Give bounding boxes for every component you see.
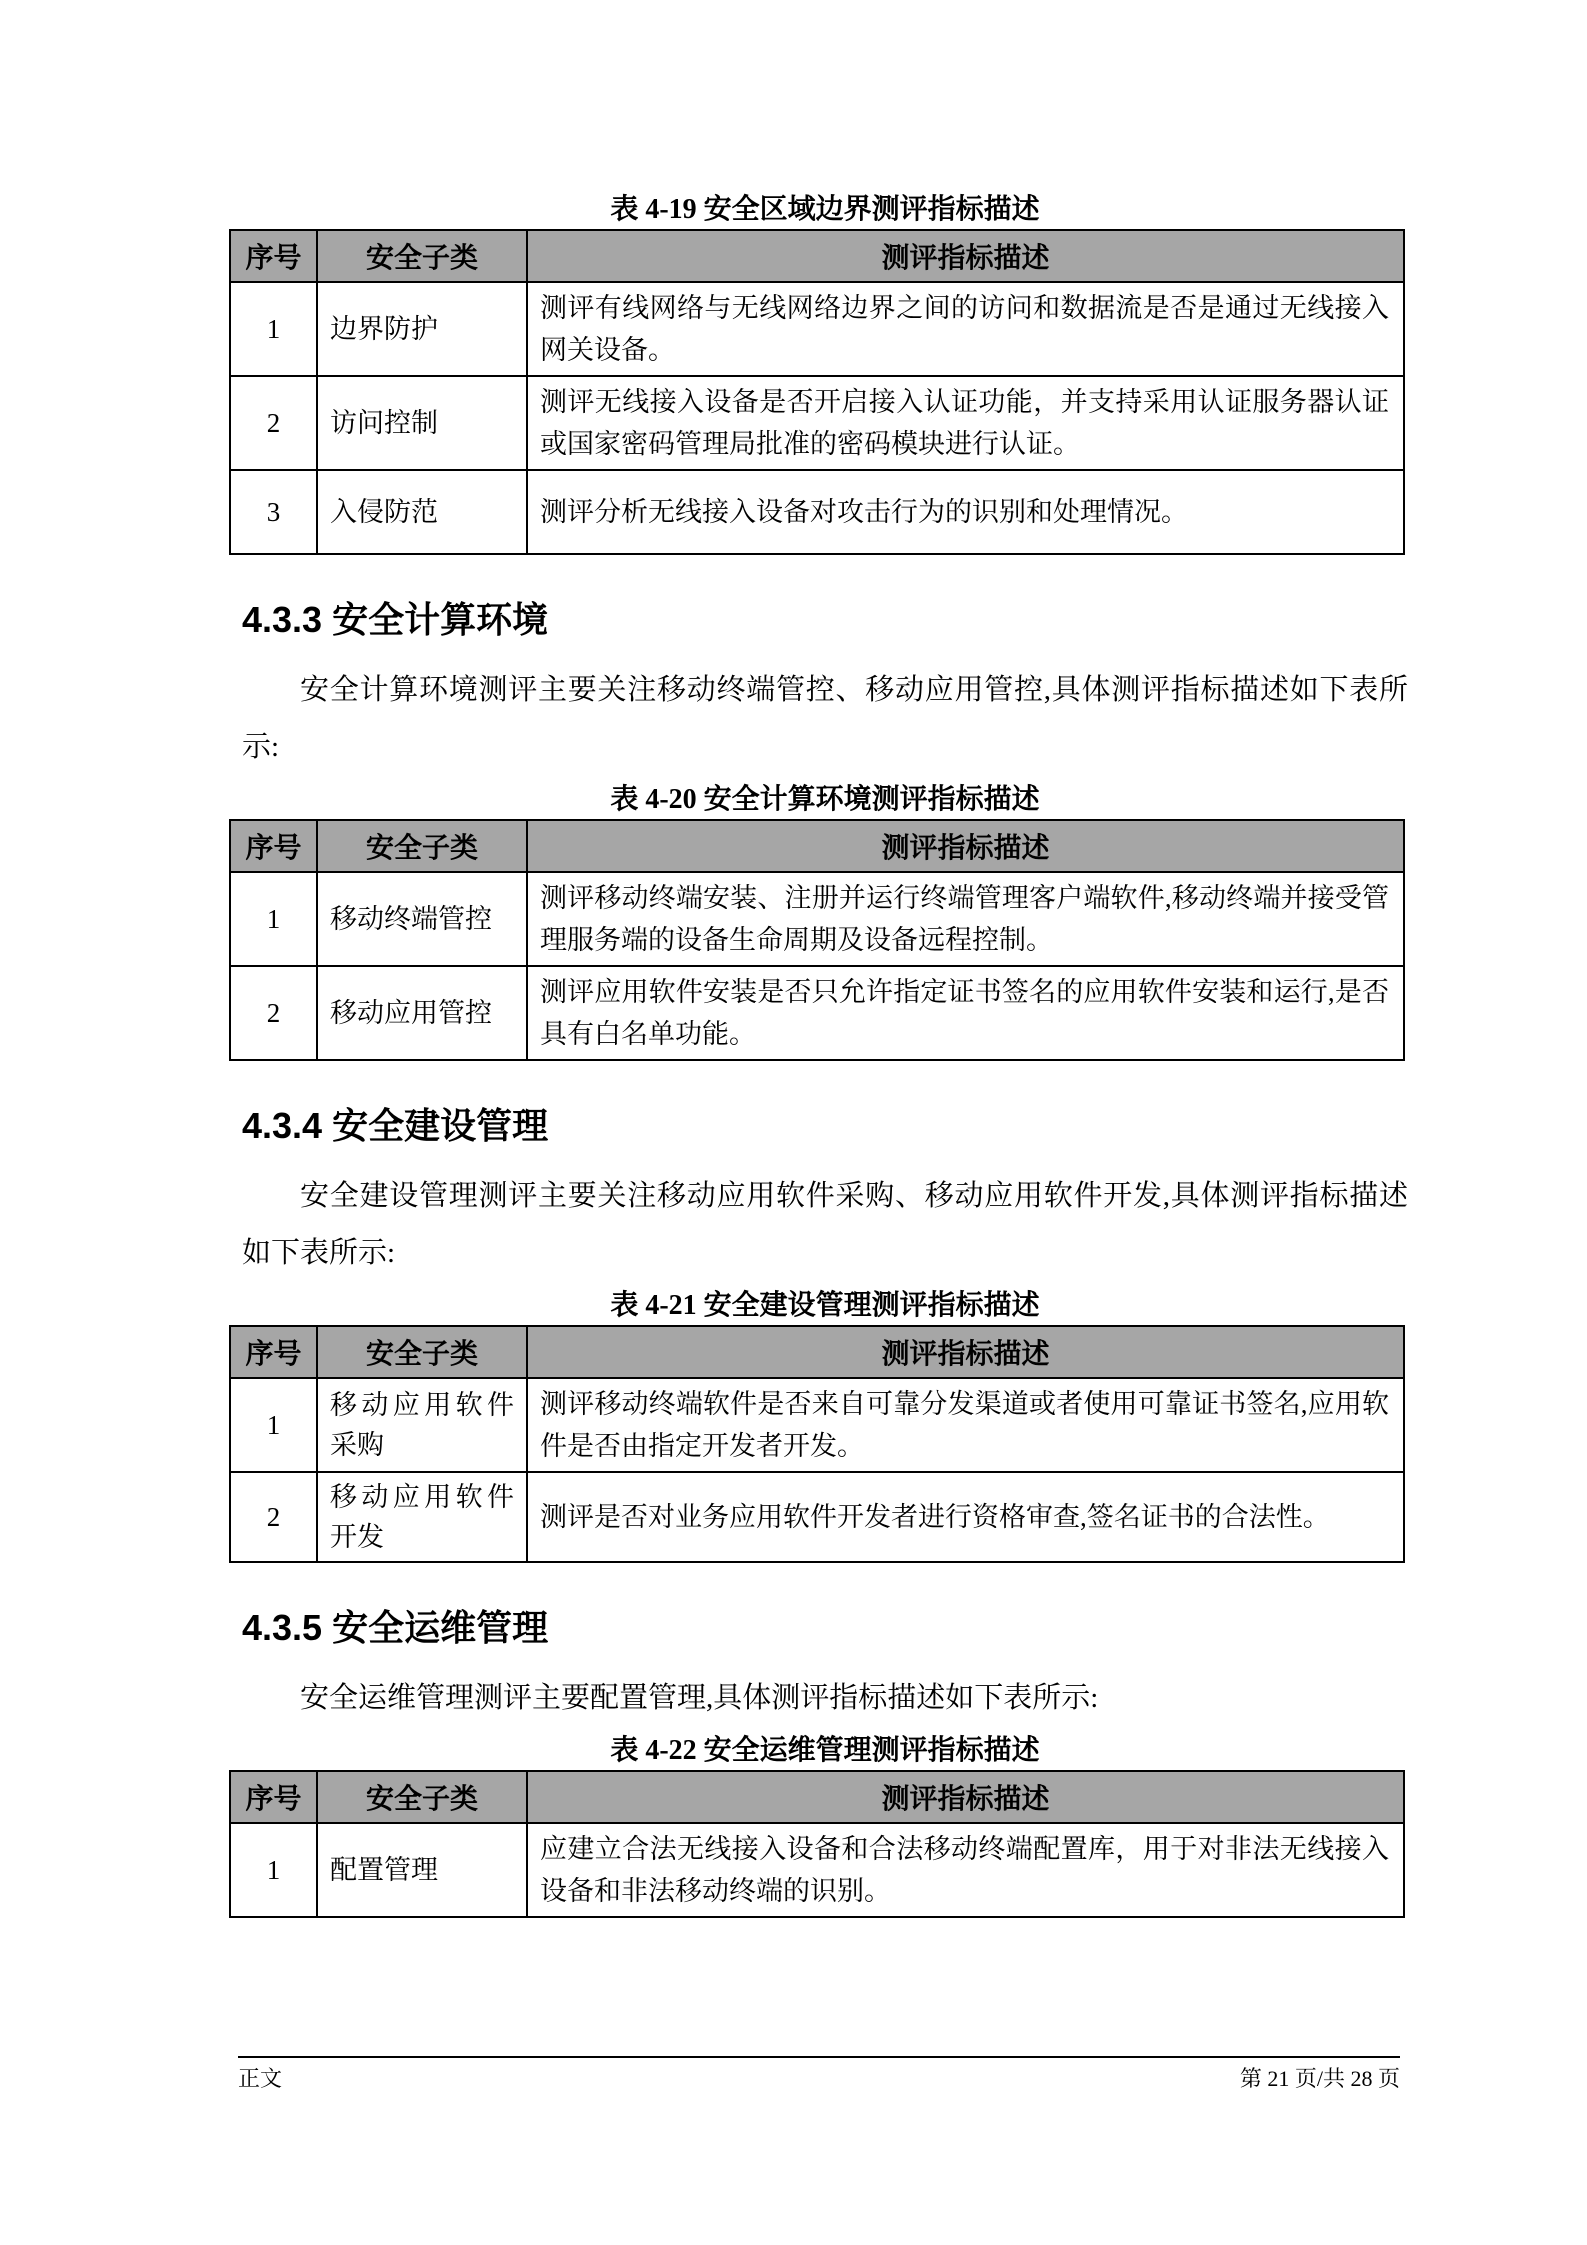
- cell-description: 测评移动终端安装、注册并运行终端管理客户端软件,移动终端并接受管理服务端的设备生…: [527, 872, 1404, 966]
- table-row: 1 配置管理 应建立合法无线接入设备和合法移动终端配置库，用于对非法无线接入设备…: [230, 1823, 1404, 1917]
- section-heading-4-3-5: 4.3.5 安全运维管理: [242, 1607, 1408, 1649]
- cell-no: 2: [230, 1472, 317, 1562]
- body-paragraph: 安全运维管理测评主要配置管理,具体测评指标描述如下表所示:: [242, 1670, 1408, 1727]
- cell-description: 应建立合法无线接入设备和合法移动终端配置库，用于对非法无线接入设备和非法移动终端…: [527, 1823, 1404, 1917]
- table-row: 1 边界防护 测评有线网络与无线网络边界之间的访问和数据流是否是通过无线接入网关…: [230, 282, 1404, 376]
- section-heading-4-3-4: 4.3.4 安全建设管理: [242, 1105, 1408, 1147]
- cell-subclass: 访问控制: [317, 376, 527, 470]
- eval-table-4-21: 序号 安全子类 测评指标描述 1 移动应用软件采购 测评移动终端软件是否来自可靠…: [229, 1325, 1405, 1563]
- footer-doc-label: 正文: [238, 2067, 282, 2091]
- cell-subclass: 移动应用软件开发: [317, 1472, 527, 1562]
- table-row: 1 移动应用软件采购 测评移动终端软件是否来自可靠分发渠道或者使用可靠证书签名,…: [230, 1378, 1404, 1472]
- table-row: 2 访问控制 测评无线接入设备是否开启接入认证功能，并支持采用认证服务器认证或国…: [230, 376, 1404, 470]
- column-header-subclass: 安全子类: [317, 230, 527, 282]
- column-header-description: 测评指标描述: [527, 230, 1404, 282]
- cell-subclass: 移动终端管控: [317, 872, 527, 966]
- cell-description: 测评分析无线接入设备对攻击行为的识别和处理情况。: [527, 470, 1404, 554]
- table-row: 1 移动终端管控 测评移动终端安装、注册并运行终端管理客户端软件,移动终端并接受…: [230, 872, 1404, 966]
- table-header-row: 序号 安全子类 测评指标描述: [230, 820, 1404, 872]
- column-header-no: 序号: [230, 1326, 317, 1378]
- column-header-no: 序号: [230, 230, 317, 282]
- eval-table-4-22: 序号 安全子类 测评指标描述 1 配置管理 应建立合法无线接入设备和合法移动终端…: [229, 1770, 1405, 1918]
- table-caption-4-19: 表 4-19 安全区域边界测评指标描述: [242, 0, 1408, 225]
- cell-description: 测评有线网络与无线网络边界之间的访问和数据流是否是通过无线接入网关设备。: [527, 282, 1404, 376]
- column-header-subclass: 安全子类: [317, 1771, 527, 1823]
- cell-no: 2: [230, 376, 317, 470]
- body-paragraph: 安全建设管理测评主要关注移动应用软件采购、移动应用软件开发,具体测评指标描述如下…: [242, 1168, 1408, 1282]
- cell-subclass: 移动应用软件采购: [317, 1378, 527, 1472]
- page-content: 表 4-19 安全区域边界测评指标描述 序号 安全子类 测评指标描述 1 边界防…: [0, 0, 1587, 1918]
- cell-description: 测评移动终端软件是否来自可靠分发渠道或者使用可靠证书签名,应用软件是否由指定开发…: [527, 1378, 1404, 1472]
- footer-page-number: 第 21 页/共 28 页: [1240, 2067, 1400, 2091]
- table-header-row: 序号 安全子类 测评指标描述: [230, 230, 1404, 282]
- document-page: 表 4-19 安全区域边界测评指标描述 序号 安全子类 测评指标描述 1 边界防…: [0, 0, 1587, 2245]
- table-row: 2 移动应用软件开发 测评是否对业务应用软件开发者进行资格审查,签名证书的合法性…: [230, 1472, 1404, 1562]
- table-row: 2 移动应用管控 测评应用软件安装是否只允许指定证书签名的应用软件安装和运行,是…: [230, 966, 1404, 1060]
- cell-no: 1: [230, 872, 317, 966]
- cell-description: 测评应用软件安装是否只允许指定证书签名的应用软件安装和运行,是否具有白名单功能。: [527, 966, 1404, 1060]
- cell-no: 1: [230, 1823, 317, 1917]
- body-paragraph: 安全计算环境测评主要关注移动终端管控、移动应用管控,具体测评指标描述如下表所示:: [242, 662, 1408, 776]
- cell-description: 测评无线接入设备是否开启接入认证功能，并支持采用认证服务器认证或国家密码管理局批…: [527, 376, 1404, 470]
- eval-table-4-20: 序号 安全子类 测评指标描述 1 移动终端管控 测评移动终端安装、注册并运行终端…: [229, 819, 1405, 1061]
- table-header-row: 序号 安全子类 测评指标描述: [230, 1326, 1404, 1378]
- column-header-no: 序号: [230, 820, 317, 872]
- cell-no: 2: [230, 966, 317, 1060]
- cell-subclass: 配置管理: [317, 1823, 527, 1917]
- column-header-description: 测评指标描述: [527, 1771, 1404, 1823]
- column-header-description: 测评指标描述: [527, 820, 1404, 872]
- cell-subclass: 入侵防范: [317, 470, 527, 554]
- table-caption-4-20: 表 4-20 安全计算环境测评指标描述: [242, 785, 1408, 815]
- cell-no: 1: [230, 282, 317, 376]
- table-header-row: 序号 安全子类 测评指标描述: [230, 1771, 1404, 1823]
- table-caption-4-21: 表 4-21 安全建设管理测评指标描述: [242, 1291, 1408, 1321]
- cell-no: 1: [230, 1378, 317, 1472]
- table-row: 3 入侵防范 测评分析无线接入设备对攻击行为的识别和处理情况。: [230, 470, 1404, 554]
- page-footer: 正文 第 21 页/共 28 页: [238, 2056, 1400, 2091]
- cell-subclass: 边界防护: [317, 282, 527, 376]
- eval-table-4-19: 序号 安全子类 测评指标描述 1 边界防护 测评有线网络与无线网络边界之间的访问…: [229, 229, 1405, 555]
- column-header-no: 序号: [230, 1771, 317, 1823]
- cell-no: 3: [230, 470, 317, 554]
- column-header-description: 测评指标描述: [527, 1326, 1404, 1378]
- column-header-subclass: 安全子类: [317, 820, 527, 872]
- cell-description: 测评是否对业务应用软件开发者进行资格审查,签名证书的合法性。: [527, 1472, 1404, 1562]
- section-heading-4-3-3: 4.3.3 安全计算环境: [242, 599, 1408, 641]
- cell-subclass: 移动应用管控: [317, 966, 527, 1060]
- table-caption-4-22: 表 4-22 安全运维管理测评指标描述: [242, 1736, 1408, 1766]
- column-header-subclass: 安全子类: [317, 1326, 527, 1378]
